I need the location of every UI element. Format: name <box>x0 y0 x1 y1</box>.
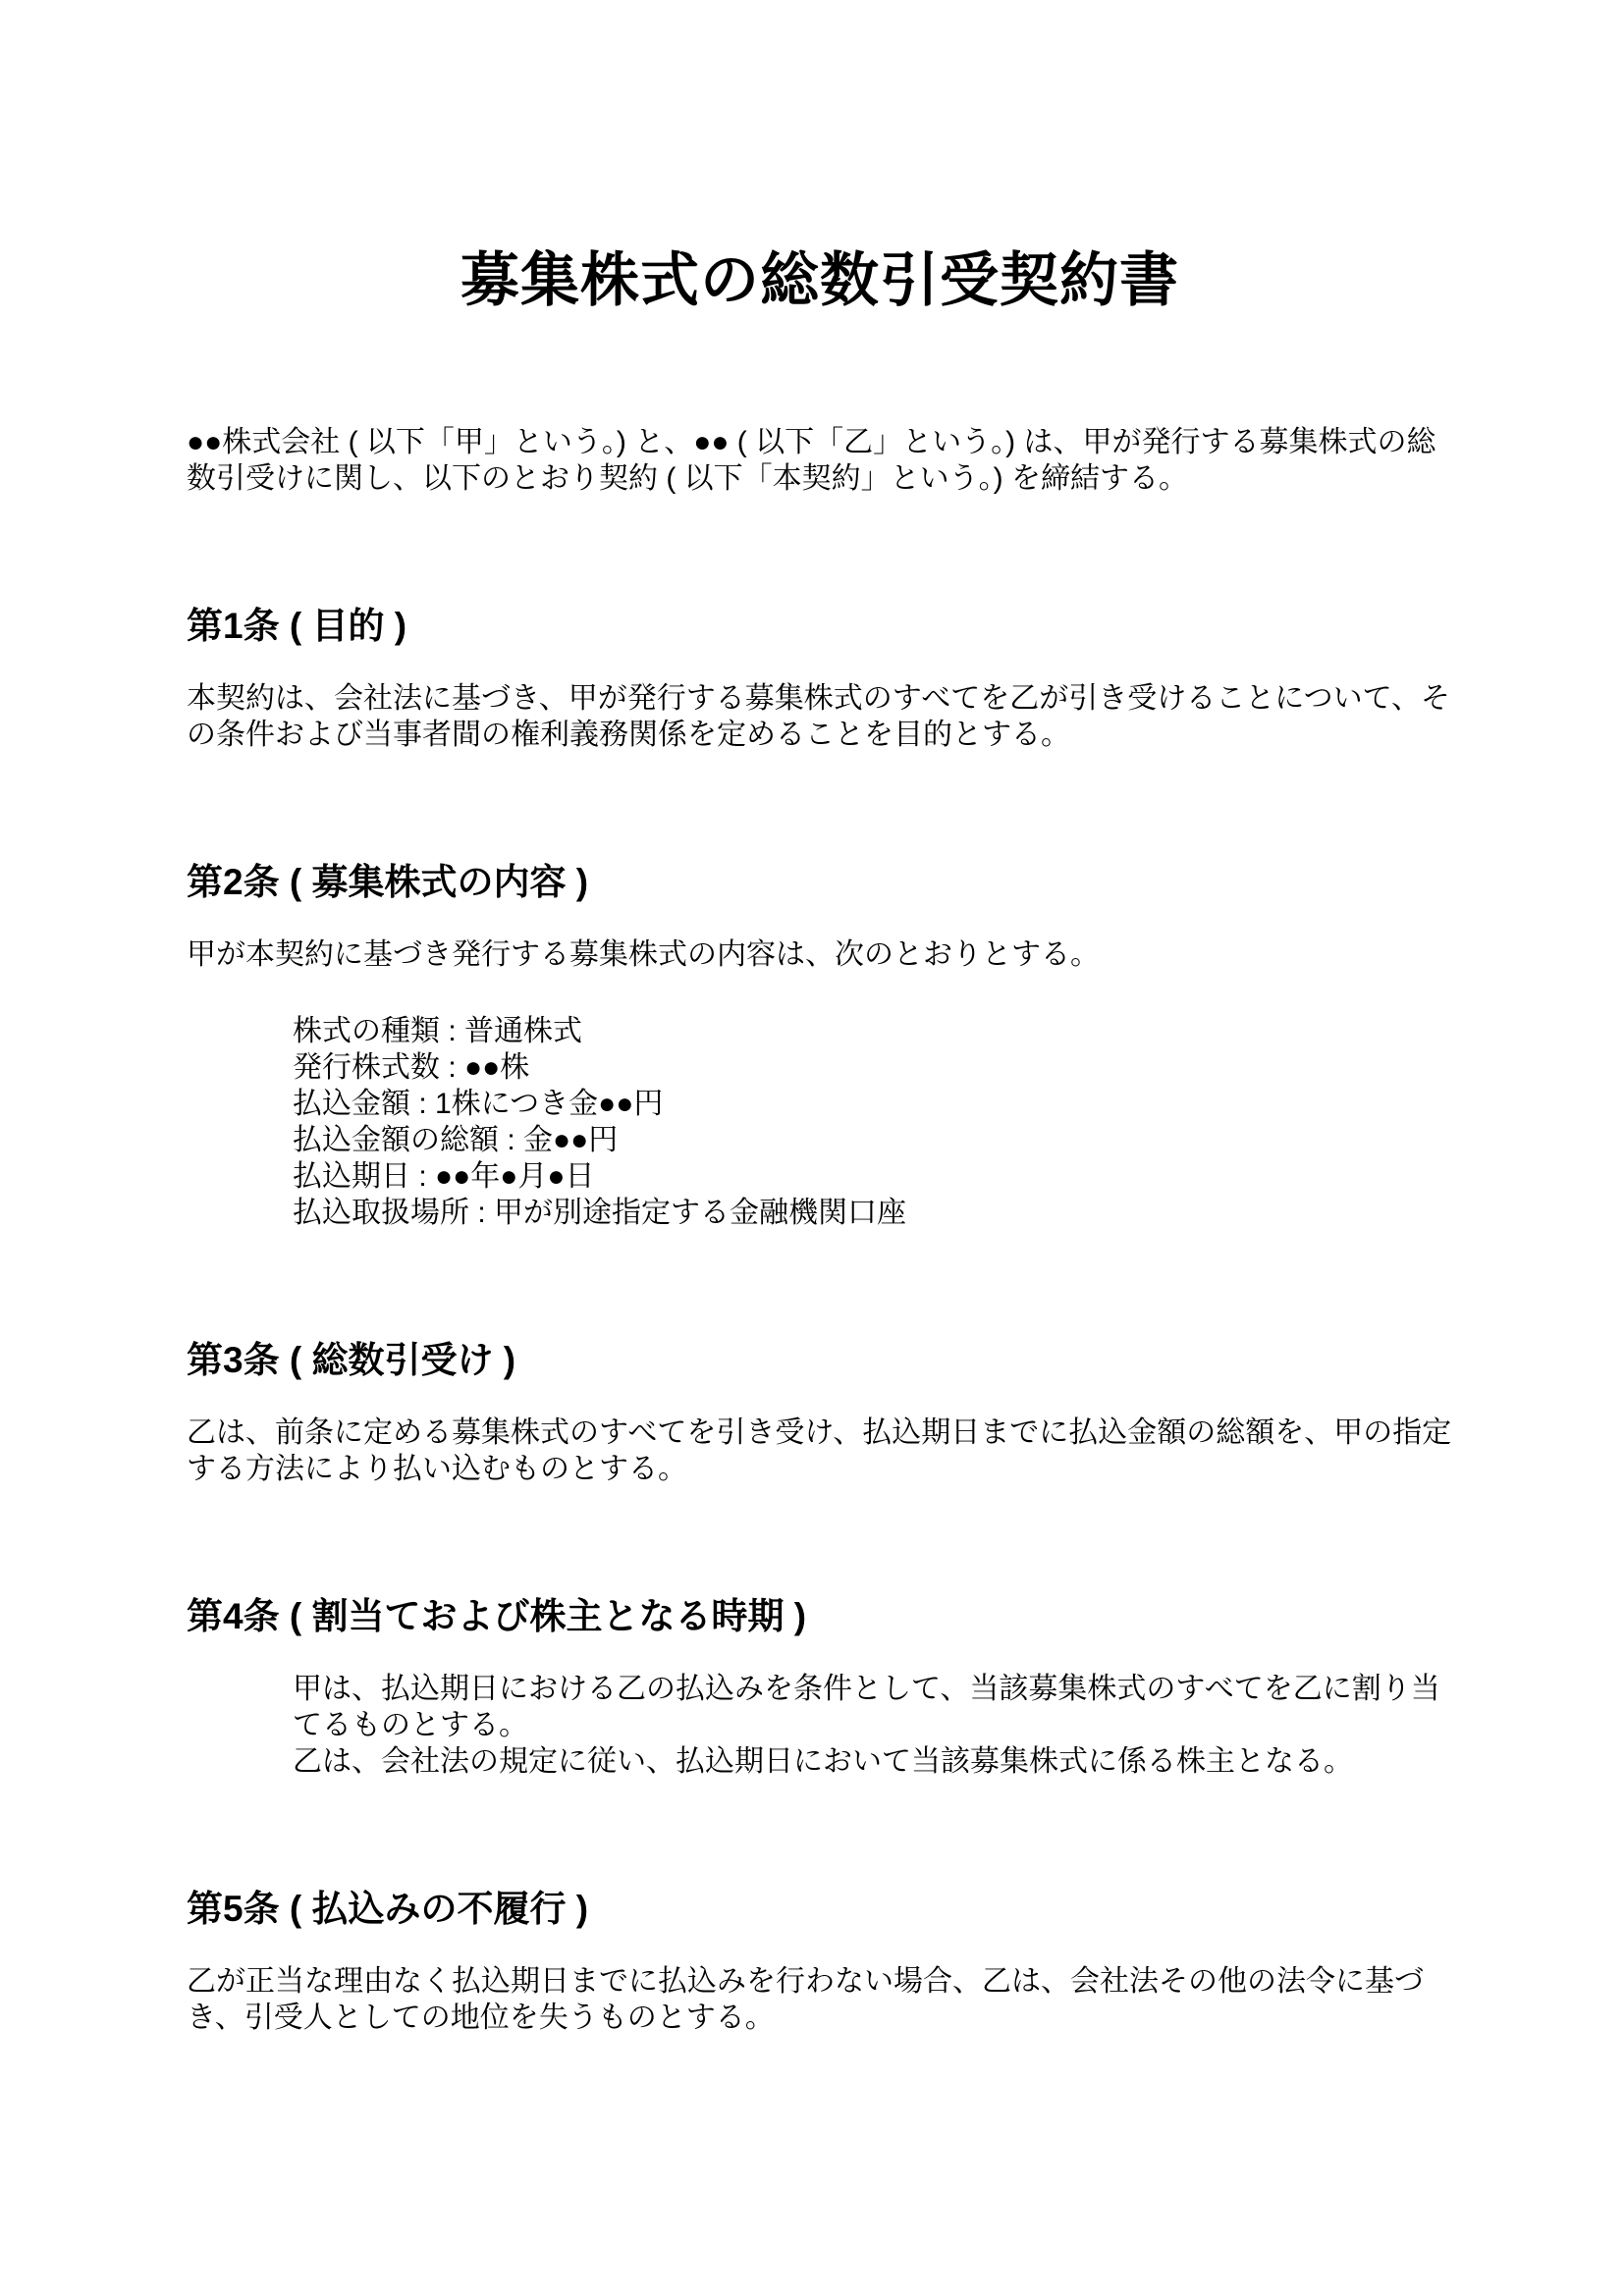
article-1-purpose: 第1条 ( 目的 ) 本契約は、会社法に基づき、甲が発行する募集株式のすべてを乙… <box>187 606 1453 753</box>
article-3-heading: 第3条 ( 総数引受け ) <box>187 1340 1453 1381</box>
share-terms-list: 株式の種類 : 普通株式 発行株式数 : ●●株 払込金額 : 1株につき金●●… <box>187 1013 1453 1231</box>
article-5-heading: 第5条 ( 払込みの不履行 ) <box>187 1889 1453 1930</box>
list-item-payment-place: 払込取扱場所 : 甲が別途指定する金融機関口座 <box>293 1195 1453 1231</box>
list-item-payment-amount: 払込金額 : 1株につき金●●円 <box>293 1086 1453 1122</box>
article-5-default: 第5条 ( 払込みの不履行 ) 乙が正当な理由なく払込期日までに払込みを行わない… <box>187 1889 1453 2036</box>
article-1-paragraph: 本契約は、会社法に基づき、甲が発行する募集株式のすべてを乙が引き受けることについ… <box>187 680 1453 753</box>
article-4-paragraph-1: 甲は、払込期日における乙の払込みを条件として、当該募集株式のすべてを乙に割り当て… <box>293 1671 1453 1743</box>
article-2-paragraph: 甲が本契約に基づき発行する募集株式の内容は、次のとおりとする。 <box>187 936 1453 973</box>
article-3-subscription: 第3条 ( 総数引受け ) 乙は、前条に定める募集株式のすべてを引き受け、払込期… <box>187 1340 1453 1487</box>
preamble-paragraph: ●●株式会社 ( 以下「甲」という。) と、●● ( 以下「乙」という。) は、… <box>187 424 1453 497</box>
article-1-heading: 第1条 ( 目的 ) <box>187 606 1453 647</box>
list-item-share-count: 発行株式数 : ●●株 <box>293 1049 1453 1086</box>
document-title: 募集株式の総数引受契約書 <box>187 246 1453 315</box>
article-4-heading: 第4条 ( 割当ておよび株主となる時期 ) <box>187 1596 1453 1637</box>
article-3-paragraph: 乙は、前条に定める募集株式のすべてを引き受け、払込期日までに払込金額の総額を、甲… <box>187 1415 1453 1487</box>
article-4-allotment: 第4条 ( 割当ておよび株主となる時期 ) 甲は、払込期日における乙の払込みを条… <box>187 1596 1453 1780</box>
list-item-share-class: 株式の種類 : 普通株式 <box>293 1013 1453 1049</box>
article-4-paragraph-2: 乙は、会社法の規定に従い、払込期日において当該募集株式に係る株主となる。 <box>293 1743 1453 1780</box>
article-4-indented-block: 甲は、払込期日における乙の払込みを条件として、当該募集株式のすべてを乙に割り当て… <box>187 1671 1453 1780</box>
contract-document-page: 募集株式の総数引受契約書 ●●株式会社 ( 以下「甲」という。) と、●● ( … <box>0 0 1624 2296</box>
list-item-payment-total: 払込金額の総額 : 金●●円 <box>293 1122 1453 1158</box>
article-2-heading: 第2条 ( 募集株式の内容 ) <box>187 862 1453 903</box>
article-5-paragraph: 乙が正当な理由なく払込期日までに払込みを行わない場合、乙は、会社法その他の法令に… <box>187 1963 1453 2036</box>
article-2-share-terms: 第2条 ( 募集株式の内容 ) 甲が本契約に基づき発行する募集株式の内容は、次の… <box>187 862 1453 1231</box>
list-item-payment-date: 払込期日 : ●●年●月●日 <box>293 1158 1453 1195</box>
